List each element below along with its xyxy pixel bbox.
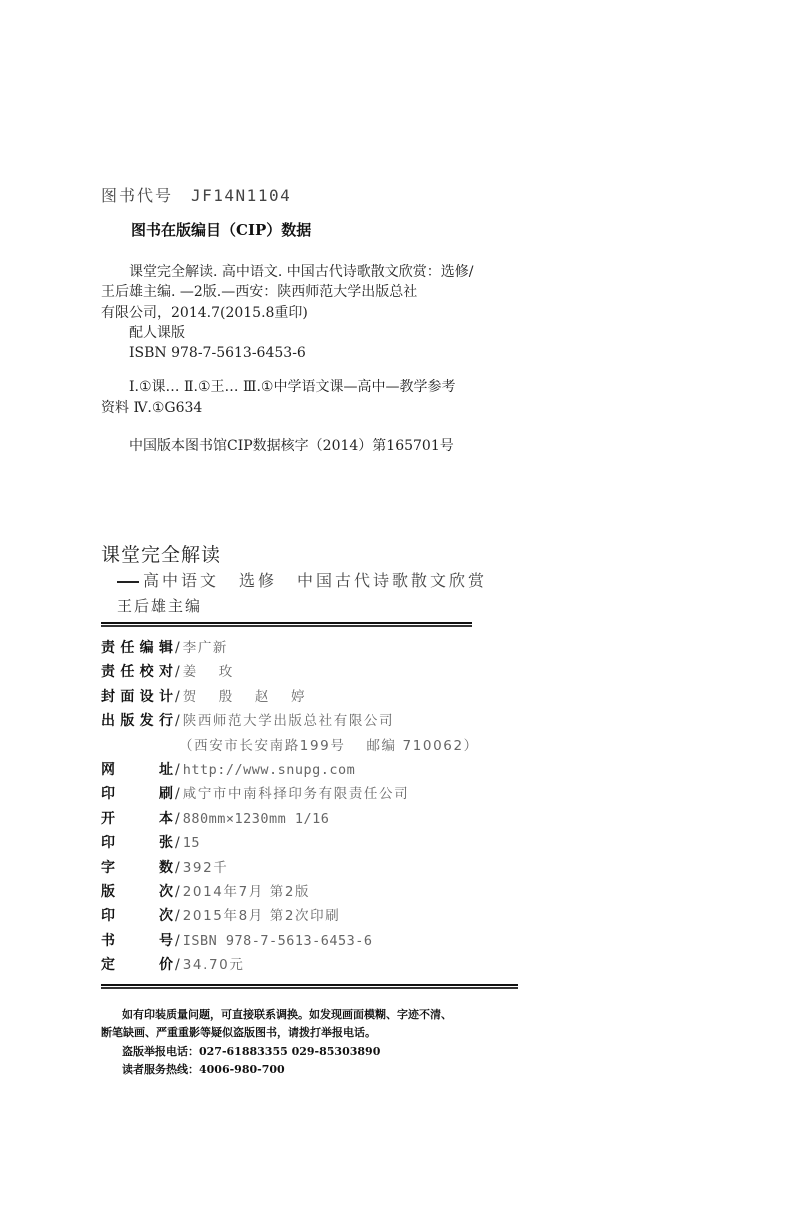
colophon-row-edition: 版 次/2014年7月 第2版 xyxy=(101,882,479,906)
colophon-row-cover-design: 封面设计/贺 殷 赵 婷 xyxy=(101,687,479,711)
separator: / xyxy=(175,640,180,656)
colophon-row-publisher-address: （西安市长安南路199号 邮编 710062） xyxy=(101,736,479,760)
colophon-value: 15 xyxy=(183,835,200,851)
colophon-value: 李广新 xyxy=(183,640,228,656)
separator: / xyxy=(175,786,180,802)
colophon-row-sheets: 印 张/15 xyxy=(101,833,479,857)
colophon-value: 陕西师范大学出版总社有限公司 xyxy=(183,713,394,729)
colophon-label: 印 次 xyxy=(101,906,173,926)
book-code: 图书代号JF14N1104 xyxy=(101,183,291,206)
colophon-row-responsible-editor: 责任编辑/李广新 xyxy=(101,638,479,662)
colophon-label: 字 数 xyxy=(101,858,173,878)
separator: / xyxy=(175,689,180,705)
colophon-value: 姜 玫 xyxy=(183,664,234,680)
separator: / xyxy=(175,762,180,778)
cip-entry-line: 课堂完全解读. 高中语文. 中国古代诗歌散文欣赏：选修/ xyxy=(101,262,501,282)
colophon-label: 网 址 xyxy=(101,760,173,780)
separator: / xyxy=(175,835,180,851)
cip-heading: 图书在版编目（CIP）数据 xyxy=(131,219,311,240)
subtitle-part: 选修 xyxy=(239,571,277,590)
colophon-label: 责任校对 xyxy=(101,662,173,682)
colophon-value: 咸宁市中南科择印务有限责任公司 xyxy=(183,786,410,802)
colophon-row-publisher: 出版发行/陕西师范大学出版总社有限公司 xyxy=(101,711,479,735)
colophon-value: 2015年8月 第2次印刷 xyxy=(183,908,341,924)
book-subtitle: 高中语文选修中国古代诗歌散文欣赏 xyxy=(117,568,487,591)
spacer xyxy=(101,418,501,436)
separator: / xyxy=(175,884,180,900)
separator: / xyxy=(175,933,180,949)
colophon-row-isbn: 书 号/ISBN 978-7-5613-6453-6 xyxy=(101,931,479,955)
colophon-row-proofreader: 责任校对/姜 玫 xyxy=(101,662,479,686)
colophon: 责任编辑/李广新 责任校对/姜 玫 封面设计/贺 殷 赵 婷 出版发行/陕西师范… xyxy=(101,638,479,979)
reader-service-hotline: 读者服务热线：4006-980-700 xyxy=(101,1061,452,1079)
book-title: 课堂完全解读 xyxy=(101,540,221,567)
colophon-row-price: 定 价/34.70元 xyxy=(101,955,479,979)
separator: / xyxy=(175,811,180,827)
notice-line: 断笔缺画、严重重影等疑似盗版图书，请拨打举报电话。 xyxy=(101,1024,452,1042)
separator: / xyxy=(175,713,180,729)
cip-entry-line: 配人课版 xyxy=(101,323,501,343)
book-editor: 王后雄主编 xyxy=(117,595,202,616)
colophon-label: 封面设计 xyxy=(101,687,173,707)
cip-verification-line: 中国版本图书馆CIP数据核字（2014）第165701号 xyxy=(101,436,501,456)
colophon-label: 出版发行 xyxy=(101,711,173,731)
colophon-value: 2014年7月 第2版 xyxy=(183,884,310,900)
notice-line: 如有印装质量问题，可直接联系调换。如发现画面模糊、字迹不清、 xyxy=(101,1006,452,1024)
colophon-row-format: 开 本/880mm×1230mm 1/16 xyxy=(101,809,479,833)
book-code-label: 图书代号 xyxy=(101,186,173,205)
colophon-label: 书 号 xyxy=(101,931,173,951)
anti-piracy-notice: 如有印装质量问题，可直接联系调换。如发现画面模糊、字迹不清、 断笔缺画、严重重影… xyxy=(101,1006,452,1079)
colophon-row-word-count: 字 数/392千 xyxy=(101,858,479,882)
cip-isbn-line: ISBN 978-7-5613-6453-6 xyxy=(101,343,501,363)
colophon-row-printing: 印 次/2015年8月 第2次印刷 xyxy=(101,906,479,930)
isbn-value: ISBN 978-7-5613-6453-6 xyxy=(183,933,373,949)
colophon-value: 880mm×1230mm 1/16 xyxy=(183,811,330,827)
colophon-label: 印 刷 xyxy=(101,784,173,804)
colophon-value: （西安市长安南路199号 邮编 710062） xyxy=(179,738,479,754)
book-code-value: JF14N1104 xyxy=(191,186,291,205)
colophon-value: 贺 殷 赵 婷 xyxy=(183,689,306,705)
cip-entry-line: 有限公司，2014.7(2015.8重印) xyxy=(101,303,501,323)
separator: / xyxy=(175,860,180,876)
spacer xyxy=(101,363,501,377)
colophon-value: 392千 xyxy=(183,860,229,876)
colophon-label: 版 次 xyxy=(101,882,173,902)
cip-data-block: 课堂完全解读. 高中语文. 中国古代诗歌散文欣赏：选修/ 王后雄主编. —2版.… xyxy=(101,262,501,456)
colophon-label: 定 价 xyxy=(101,955,173,975)
separator: / xyxy=(175,957,180,973)
cip-classification-line: Ⅰ.①课… Ⅱ.①王… Ⅲ.①中学语文课—高中—教学参考 xyxy=(101,377,501,397)
separator: / xyxy=(175,908,180,924)
colophon-label: 印 张 xyxy=(101,833,173,853)
colophon-label: 开 本 xyxy=(101,809,173,829)
colophon-row-printer: 印 刷/咸宁市中南科择印务有限责任公司 xyxy=(101,784,479,808)
divider-double-rule xyxy=(101,984,518,989)
cip-classification-line: 资料 Ⅳ.①G634 xyxy=(101,398,501,418)
price-value: 34.70元 xyxy=(183,957,245,973)
colophon-label: 责任编辑 xyxy=(101,638,173,658)
website-url: http://www.snupg.com xyxy=(183,762,356,778)
cip-entry-line: 王后雄主编. —2版.—西安：陕西师范大学出版总社 xyxy=(101,282,501,302)
piracy-report-phone: 盗版举报电话：027-61883355 029-85303890 xyxy=(101,1043,452,1061)
colophon-row-website: 网 址/http://www.snupg.com xyxy=(101,760,479,784)
divider-double-rule xyxy=(101,622,472,627)
subtitle-part: 高中语文 xyxy=(143,571,219,590)
subtitle-part: 中国古代诗歌散文欣赏 xyxy=(297,571,487,590)
em-dash-rule xyxy=(117,581,139,583)
separator: / xyxy=(175,664,180,680)
